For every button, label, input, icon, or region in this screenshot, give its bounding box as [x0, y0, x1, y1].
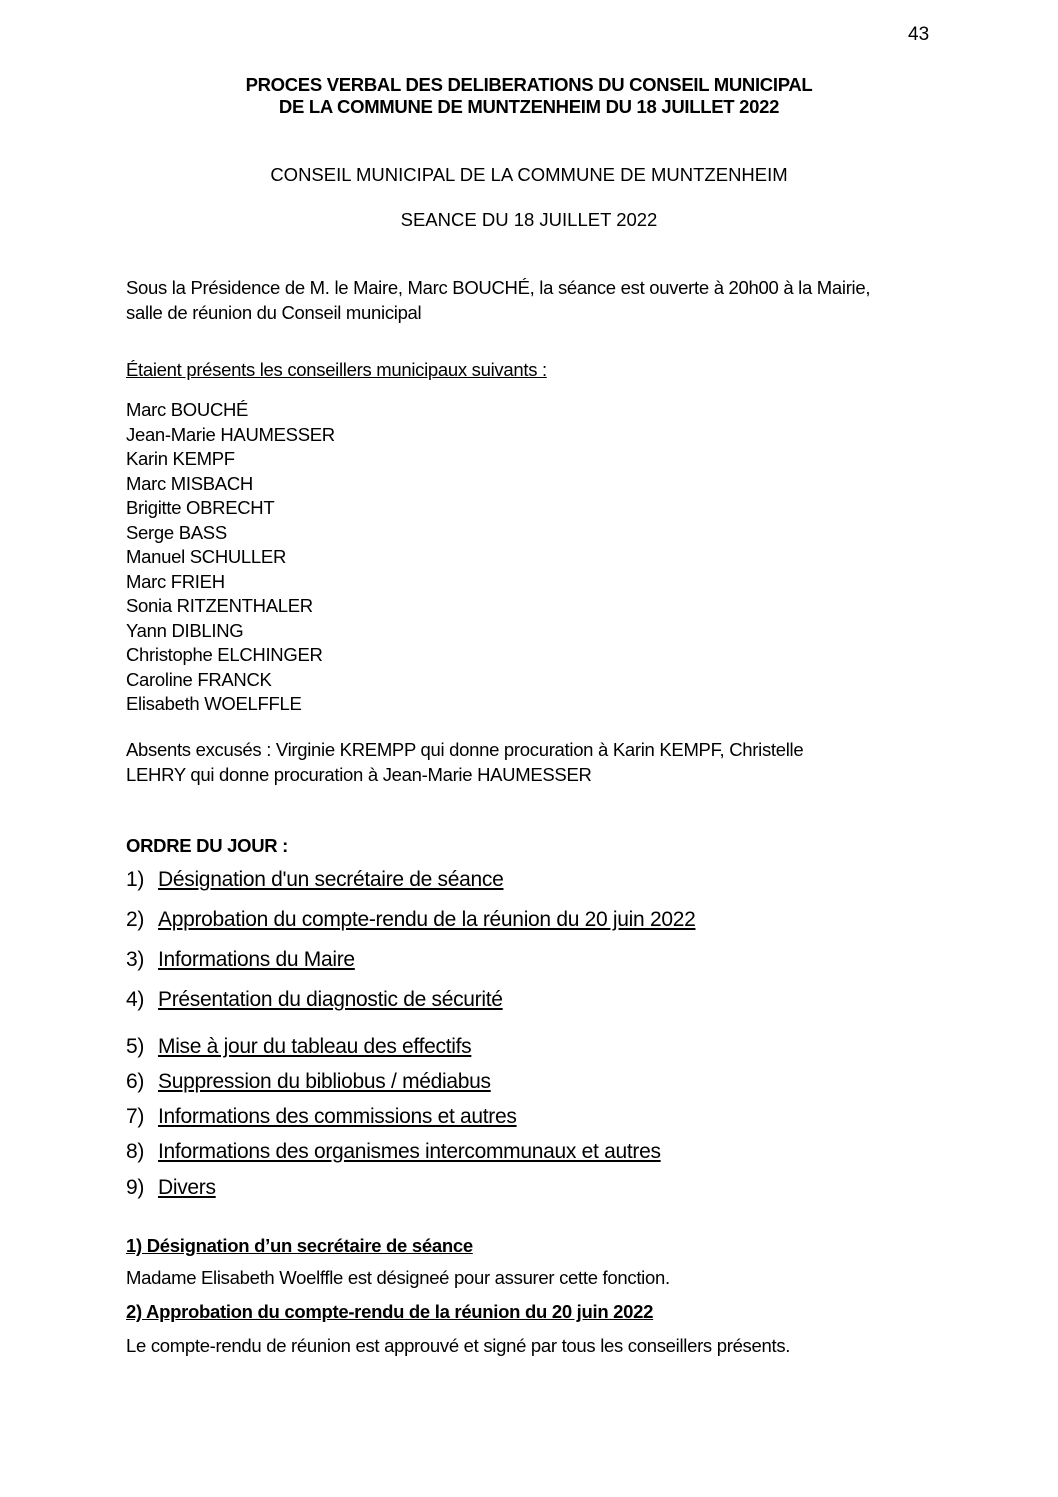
list-item: Marc BOUCHÉ [126, 398, 335, 423]
section-1-body: Madame Elisabeth Woelffle est désigneé p… [126, 1266, 670, 1291]
list-item: Manuel SCHULLER [126, 545, 335, 570]
agenda-number: 5) [126, 1035, 158, 1059]
section-2-body: Le compte-rendu de réunion est approuvé … [126, 1334, 790, 1359]
opening-line-1: Sous la Présidence de M. le Maire, Marc … [126, 276, 870, 301]
agenda-number: 3) [126, 948, 158, 972]
agenda-number: 6) [126, 1070, 158, 1094]
agenda-item: 9)Divers [126, 1176, 216, 1200]
list-item: Marc MISBACH [126, 472, 335, 497]
agenda-item: 5)Mise à jour du tableau des effectifs [126, 1035, 471, 1059]
council-title: CONSEIL MUNICIPAL DE LA COMMUNE DE MUNTZ… [0, 164, 1058, 186]
agenda-number: 2) [126, 908, 158, 932]
agenda-number: 7) [126, 1105, 158, 1129]
agenda-label: Informations du Maire [158, 948, 355, 971]
list-item: Yann DIBLING [126, 619, 335, 644]
section-2-heading: 2) Approbation du compte-rendu de la réu… [126, 1300, 653, 1325]
agenda-item: 7)Informations des commissions et autres [126, 1105, 517, 1129]
session-title: SEANCE DU 18 JUILLET 2022 [0, 209, 1058, 231]
agenda-label: Présentation du diagnostic de sécurité [158, 988, 503, 1011]
opening-paragraph: Sous la Présidence de M. le Maire, Marc … [126, 276, 870, 325]
agenda-label: Suppression du bibliobus / médiabus [158, 1070, 491, 1093]
title-line-2: DE LA COMMUNE DE MUNTZENHEIM DU 18 JUILL… [0, 96, 1058, 118]
list-item: Christophe ELCHINGER [126, 643, 335, 668]
agenda-item: 1)Désignation d'un secrétaire de séance [126, 868, 503, 892]
absents-line-2: LEHRY qui donne procuration à Jean-Marie… [126, 763, 803, 788]
list-item: Jean-Marie HAUMESSER [126, 423, 335, 448]
agenda-label: Mise à jour du tableau des effectifs [158, 1035, 471, 1058]
absents-paragraph: Absents excusés : Virginie KREMPP qui do… [126, 738, 803, 787]
list-item: Brigitte OBRECHT [126, 496, 335, 521]
agenda-item: 8)Informations des organismes intercommu… [126, 1140, 661, 1164]
agenda-item: 2)Approbation du compte-rendu de la réun… [126, 908, 695, 932]
agenda-label: Désignation d'un secrétaire de séance [158, 868, 503, 891]
agenda-number: 8) [126, 1140, 158, 1164]
title-line-1: PROCES VERBAL DES DELIBERATIONS DU CONSE… [0, 74, 1058, 96]
agenda-number: 9) [126, 1176, 158, 1200]
document-title: PROCES VERBAL DES DELIBERATIONS DU CONSE… [0, 74, 1058, 118]
list-item: Sonia RITZENTHALER [126, 594, 335, 619]
agenda-item: 3)Informations du Maire [126, 948, 355, 972]
agenda-number: 1) [126, 868, 158, 892]
agenda-heading: ORDRE DU JOUR : [126, 834, 288, 859]
absents-line-1: Absents excusés : Virginie KREMPP qui do… [126, 738, 803, 763]
list-item: Elisabeth WOELFFLE [126, 692, 335, 717]
list-item: Serge BASS [126, 521, 335, 546]
present-list: Marc BOUCHÉ Jean-Marie HAUMESSER Karin K… [126, 398, 335, 717]
agenda-item: 4)Présentation du diagnostic de sécurité [126, 988, 503, 1012]
agenda-item: 6)Suppression du bibliobus / médiabus [126, 1070, 491, 1094]
agenda-label: Informations des commissions et autres [158, 1105, 517, 1128]
list-item: Marc FRIEH [126, 570, 335, 595]
agenda-label: Approbation du compte-rendu de la réunio… [158, 908, 695, 931]
present-heading: Étaient présents les conseillers municip… [126, 358, 547, 383]
list-item: Caroline FRANCK [126, 668, 335, 693]
page-number: 43 [908, 24, 929, 46]
agenda-number: 4) [126, 988, 158, 1012]
section-1-heading: 1) Désignation d’un secrétaire de séance [126, 1234, 473, 1259]
agenda-label: Divers [158, 1176, 216, 1199]
agenda-label: Informations des organismes intercommuna… [158, 1140, 661, 1163]
opening-line-2: salle de réunion du Conseil municipal [126, 301, 870, 326]
list-item: Karin KEMPF [126, 447, 335, 472]
